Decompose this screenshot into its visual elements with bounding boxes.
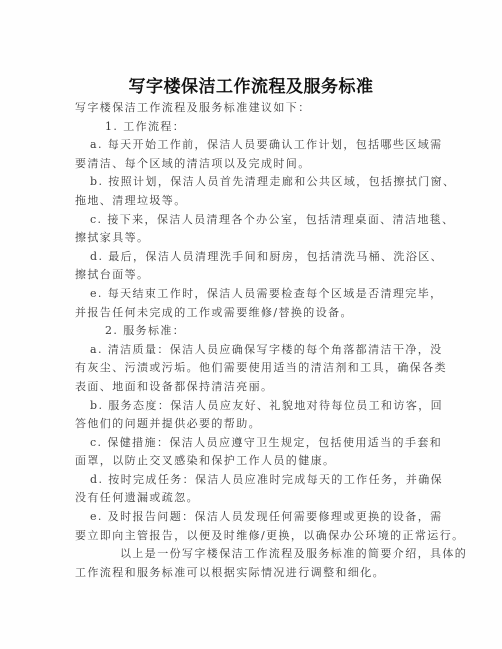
document-title: 写字楼保洁工作流程及服务标准 [0,76,502,98]
workflow-item-b-cont: 拖地、清理垃圾等。 [75,192,445,211]
standard-item-e: e. 及时报告问题：保洁人员发现任何需要修理或更换的设备，需 [75,508,445,527]
section-heading-standards: 2. 服务标准： [75,322,445,341]
workflow-item-b: b. 按照计划，保洁人员首先清理走廊和公共区域，包括擦拭门窗、 [75,173,445,192]
standard-item-a: a. 清洁质量：保洁人员应确保写字楼的每个角落都清洁干净，没 [75,341,445,360]
conclusion-line-cont: 工作流程和服务标准可以根据实际情况进行调整和细化。 [75,564,445,583]
section-heading-workflow: 1. 工作流程： [75,118,445,137]
standard-item-b: b. 服务态度：保洁人员应友好、礼貌地对待每位员工和访客，回 [75,397,445,416]
document-body: 写字楼保洁工作流程及服务标准建议如下： 1. 工作流程： a. 每天开始工作前，… [75,99,445,582]
workflow-item-c-cont: 擦拭家具等。 [75,229,445,248]
standard-item-c-cont: 面罩，以防止交叉感染和保护工作人员的健康。 [75,452,445,471]
workflow-item-e-cont: 并报告任何未完成的工作或需要维修/替换的设备。 [75,304,445,323]
conclusion-line: 以上是一份写字楼保洁工作流程及服务标准的简要介绍，具体的 [75,545,445,564]
standard-item-b-cont: 答他们的问题并提供必要的帮助。 [75,415,445,434]
standard-item-d-cont: 没有任何遗漏或疏忽。 [75,489,445,508]
workflow-item-d-cont: 擦拭台面等。 [75,266,445,285]
workflow-item-a-cont: 要清洁、每个区域的清洁项以及完成时间。 [75,155,445,174]
standard-item-d: d. 按时完成任务：保洁人员应准时完成每天的工作任务，并确保 [75,471,445,490]
standard-item-a-cont2: 表面、地面和设备都保持清洁亮丽。 [75,378,445,397]
workflow-item-d: d. 最后，保洁人员清理洗手间和厨房，包括清洗马桶、洗浴区、 [75,248,445,267]
standard-item-a-cont: 有灰尘、污渍或污垢。他们需要使用适当的清洁剂和工具，确保各类 [75,359,445,378]
workflow-item-c: c. 接下来，保洁人员清理各个办公室，包括清理桌面、清洁地毯、 [75,211,445,230]
intro-line: 写字楼保洁工作流程及服务标准建议如下： [75,99,445,118]
workflow-item-a: a. 每天开始工作前，保洁人员要确认工作计划，包括哪些区域需 [75,136,445,155]
standard-item-c: c. 保健措施：保洁人员应遵守卫生规定，包括使用适当的手套和 [75,434,445,453]
document-page: 写字楼保洁工作流程及服务标准 写字楼保洁工作流程及服务标准建议如下： 1. 工作… [0,0,502,649]
workflow-item-e: e. 每天结束工作时，保洁人员需要检查每个区域是否清理完毕， [75,285,445,304]
standard-item-e-cont: 要立即向主管报告，以便及时维修/更换，以确保办公环境的正常运行。 [75,527,445,546]
